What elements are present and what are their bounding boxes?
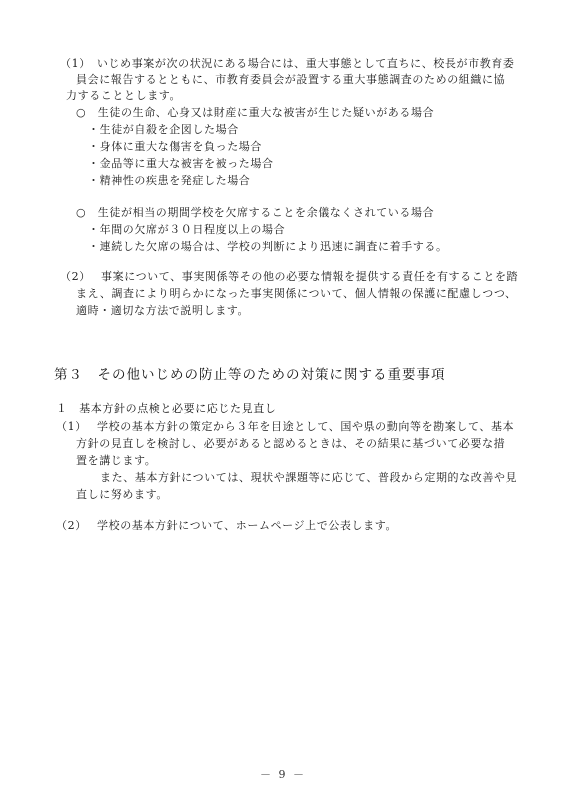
- section-heading: 第３ その他いじめの防止等のための対策に関する重要事項: [54, 368, 446, 382]
- list-item: ・精神性の疾患を発症した場合: [88, 174, 250, 188]
- text-line: 員会に報告するとともに、市教育委員会が設置する重大事態調査のための組織に協: [76, 73, 505, 87]
- text-line: 方針の見直しを検討し、必要があると認めるときは、その結果に基づいて必要な措: [76, 437, 505, 451]
- text-line: 直しに努めます。: [76, 488, 168, 502]
- text-line: 適時・適切な方法で説明します。: [76, 304, 249, 318]
- text-line: 力することとします。: [66, 89, 181, 103]
- text-line: 置を講じます。: [76, 454, 156, 468]
- page-number: － 9 －: [0, 766, 566, 782]
- list-item: ・金品等に重大な被害を被った場合: [88, 157, 274, 171]
- text-line: （1） 学校の基本方針の策定から３年を目途として、国や県の動向等を勘案して、基本: [56, 420, 514, 434]
- list-item: ・生徒が自殺を企図した場合: [88, 123, 239, 137]
- text-line: また、基本方針については、現状や課題等に応じて、普段から定期的な改善や見: [100, 471, 517, 485]
- list-item: ・連続した欠席の場合は、学校の判断により迅速に調査に着手する。: [88, 240, 448, 254]
- subsection-heading: １ 基本方針の点検と必要に応じた見直し: [56, 402, 276, 416]
- text-line: （2） 事案について、事実関係等その他の必要な情報を提供する責任を有することを踏: [60, 270, 518, 284]
- text-line: （1） いじめ事案が次の状況にある場合には、重大事態として直ちに、校長が市教育委: [60, 57, 515, 71]
- case-title: ○ 生徒が相当の期間学校を欠席することを余儀なくされている場合: [76, 206, 434, 220]
- text-line: （2） 学校の基本方針について、ホームページ上で公表します。: [56, 519, 397, 533]
- list-item: ・身体に重大な傷害を負った場合: [88, 140, 262, 154]
- case-title: ○ 生徒の生命、心身又は財産に重大な被害が生じた疑いがある場合: [76, 106, 434, 120]
- text-line: まえ、調査により明らかになった事実関係について、個人情報の保護に配慮しつつ、: [76, 287, 517, 301]
- list-item: ・年間の欠席が３０日程度以上の場合: [88, 223, 285, 237]
